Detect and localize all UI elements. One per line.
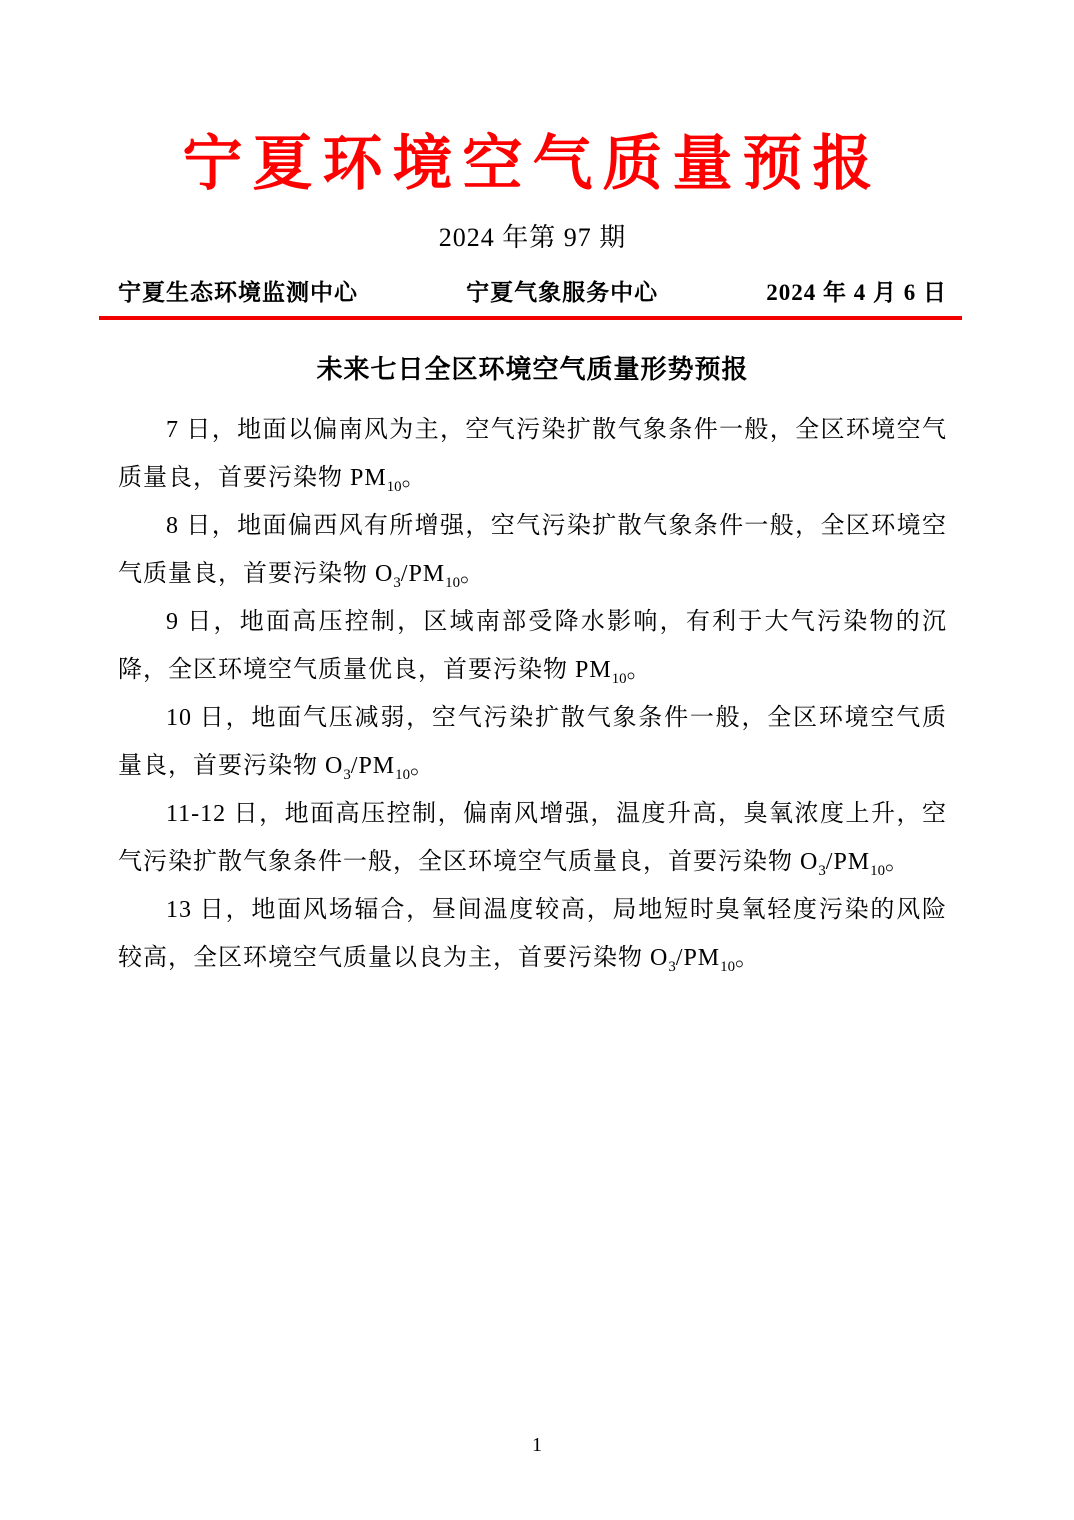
page-number: 1	[0, 1432, 1074, 1458]
document-page: 宁夏环境空气质量预报 2024 年第 97 期 宁夏生态环境监测中心 宁夏气象服…	[0, 0, 1074, 1520]
masthead-center-org: 宁夏气象服务中心	[466, 278, 658, 308]
forecast-paragraph-day9: 9 日，地面高压控制，区域南部受降水影响，有利于大气污染物的沉降，全区环境空气质…	[118, 598, 947, 694]
red-divider-rule	[99, 316, 962, 320]
forecast-paragraph-day10: 10 日，地面气压减弱，空气污染扩散气象条件一般，全区环境空气质量良，首要污染物…	[118, 694, 947, 790]
masthead-row: 宁夏生态环境监测中心 宁夏气象服务中心 2024 年 4 月 6 日	[118, 278, 947, 308]
forecast-paragraph-day7: 7 日，地面以偏南风为主，空气污染扩散气象条件一般，全区环境空气质量良，首要污染…	[118, 406, 947, 502]
forecast-paragraph-day11-12: 11-12 日，地面高压控制，偏南风增强，温度升高，臭氧浓度上升，空气污染扩散气…	[118, 790, 947, 886]
forecast-body: 7 日，地面以偏南风为主，空气污染扩散气象条件一般，全区环境空气质量良，首要污染…	[118, 406, 947, 982]
document-content: 宁夏环境空气质量预报 2024 年第 97 期 宁夏生态环境监测中心 宁夏气象服…	[0, 126, 1074, 982]
masthead-left-org: 宁夏生态环境监测中心	[118, 278, 358, 308]
forecast-paragraph-day8: 8 日，地面偏西风有所增强，空气污染扩散气象条件一般，全区环境空气质量良，首要污…	[118, 502, 947, 598]
issue-number: 2024 年第 97 期	[118, 222, 947, 254]
section-title: 未来七日全区环境空气质量形势预报	[118, 354, 947, 386]
masthead-date: 2024 年 4 月 6 日	[766, 278, 947, 308]
forecast-paragraph-day13: 13 日，地面风场辐合，昼间温度较高，局地短时臭氧轻度污染的风险较高，全区环境空…	[118, 886, 947, 982]
document-title: 宁夏环境空气质量预报	[118, 126, 947, 202]
